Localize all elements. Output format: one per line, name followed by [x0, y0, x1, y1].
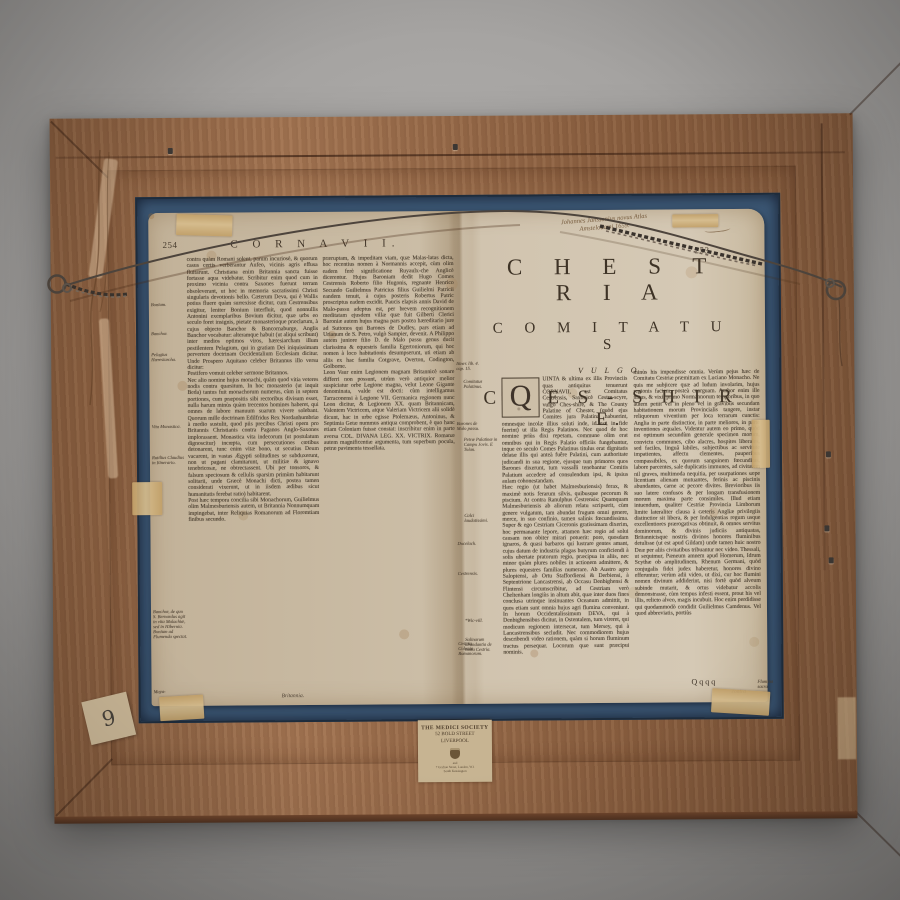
woodcut-drop-cap: Q: [501, 378, 539, 418]
nail: [829, 557, 834, 563]
title-line-comitatus: C O M I T A T U S: [471, 319, 743, 355]
right-page: Johannes Janssonius novus Atlas Amstelod…: [460, 209, 767, 704]
title-line-chestria: C H E S T R I A: [471, 253, 743, 307]
tape-right-edge: [752, 420, 770, 468]
tape-bottom-left: [159, 695, 204, 722]
nail: [826, 451, 831, 457]
text-column-1: contra quàm Romani solent, parum incurio…: [187, 256, 321, 693]
page-number-left: 254: [162, 240, 177, 250]
running-header: C O R N A V I I.: [178, 237, 452, 251]
nail: [453, 144, 458, 150]
catchword: Britannia.: [282, 693, 305, 699]
text-column-2: præruptam, & impeditam viam, quæ Malas-l…: [323, 255, 457, 692]
frame-mitre-joint: [849, 57, 900, 115]
wood-crack: [821, 123, 826, 570]
tape-top-right: [672, 214, 718, 227]
text-column-1: UINTA & ultima ex illis Provinciis quas …: [502, 376, 630, 656]
margin-note: Banchor, de quo S. Bernardus agit in vit…: [153, 609, 187, 640]
margin-note: Maya-: [154, 689, 188, 694]
frame-mitre-joint: [854, 810, 900, 867]
tape-bottom-right: [711, 688, 770, 716]
margin-note: Vita Monastica.: [152, 424, 186, 429]
margin-note: *Wic-vill.: [465, 618, 499, 623]
margin-note: Rutilius Claudius in Itinerario.: [152, 455, 186, 465]
gathering-signature: Qqqq: [691, 677, 717, 686]
nail: [824, 525, 829, 531]
wood-crack: [56, 151, 845, 159]
nail: [168, 148, 173, 154]
margin-note: Comitatus Palatinus.: [463, 379, 497, 389]
position-number: 9: [99, 705, 118, 731]
tape-top-left: [176, 214, 233, 237]
photo-of-framed-antique-map-back: 254 C O R N A V I I. Bonium. Banchor. Pe…: [0, 0, 900, 900]
frame-mitre-joint: [55, 758, 112, 816]
margin-note: Salinarum abundantia de tanta Cestria.: [465, 637, 499, 653]
frame-bottom-edge: [54, 811, 857, 824]
margin-note: Calci laudatissimi.: [464, 513, 498, 523]
framer-label: THE MEDICI SOCIETY 52 BOLD STREET LIVERP…: [418, 720, 492, 783]
left-page: 254 C O R N A V I I. Bonium. Banchor. Pe…: [148, 211, 463, 706]
tape-left-edge: [132, 482, 162, 515]
picture-frame-back: 254 C O R N A V I I. Bonium. Banchor. Pe…: [50, 113, 858, 818]
margin-note: Bonium.: [151, 302, 185, 307]
margin-note: Pelagius Hæresiarcha.: [151, 352, 185, 362]
frame-mitre-joint: [51, 121, 109, 178]
framer-address-3: South Kensington: [418, 769, 492, 774]
framer-city: LIVERPOOL: [418, 738, 492, 745]
text-column-2: minùs his impendisse omnia. Verùm pejus …: [633, 369, 761, 688]
margin-note: Banchor.: [151, 331, 185, 336]
torn-paper-residue: [838, 697, 856, 759]
crest-icon: [450, 748, 460, 759]
antique-page-spread: 254 C O R N A V I I. Bonium. Banchor. Pe…: [148, 209, 767, 706]
margin-note: Petræ Palatinæ in Campo Jovis. E Tolan.: [464, 437, 498, 453]
